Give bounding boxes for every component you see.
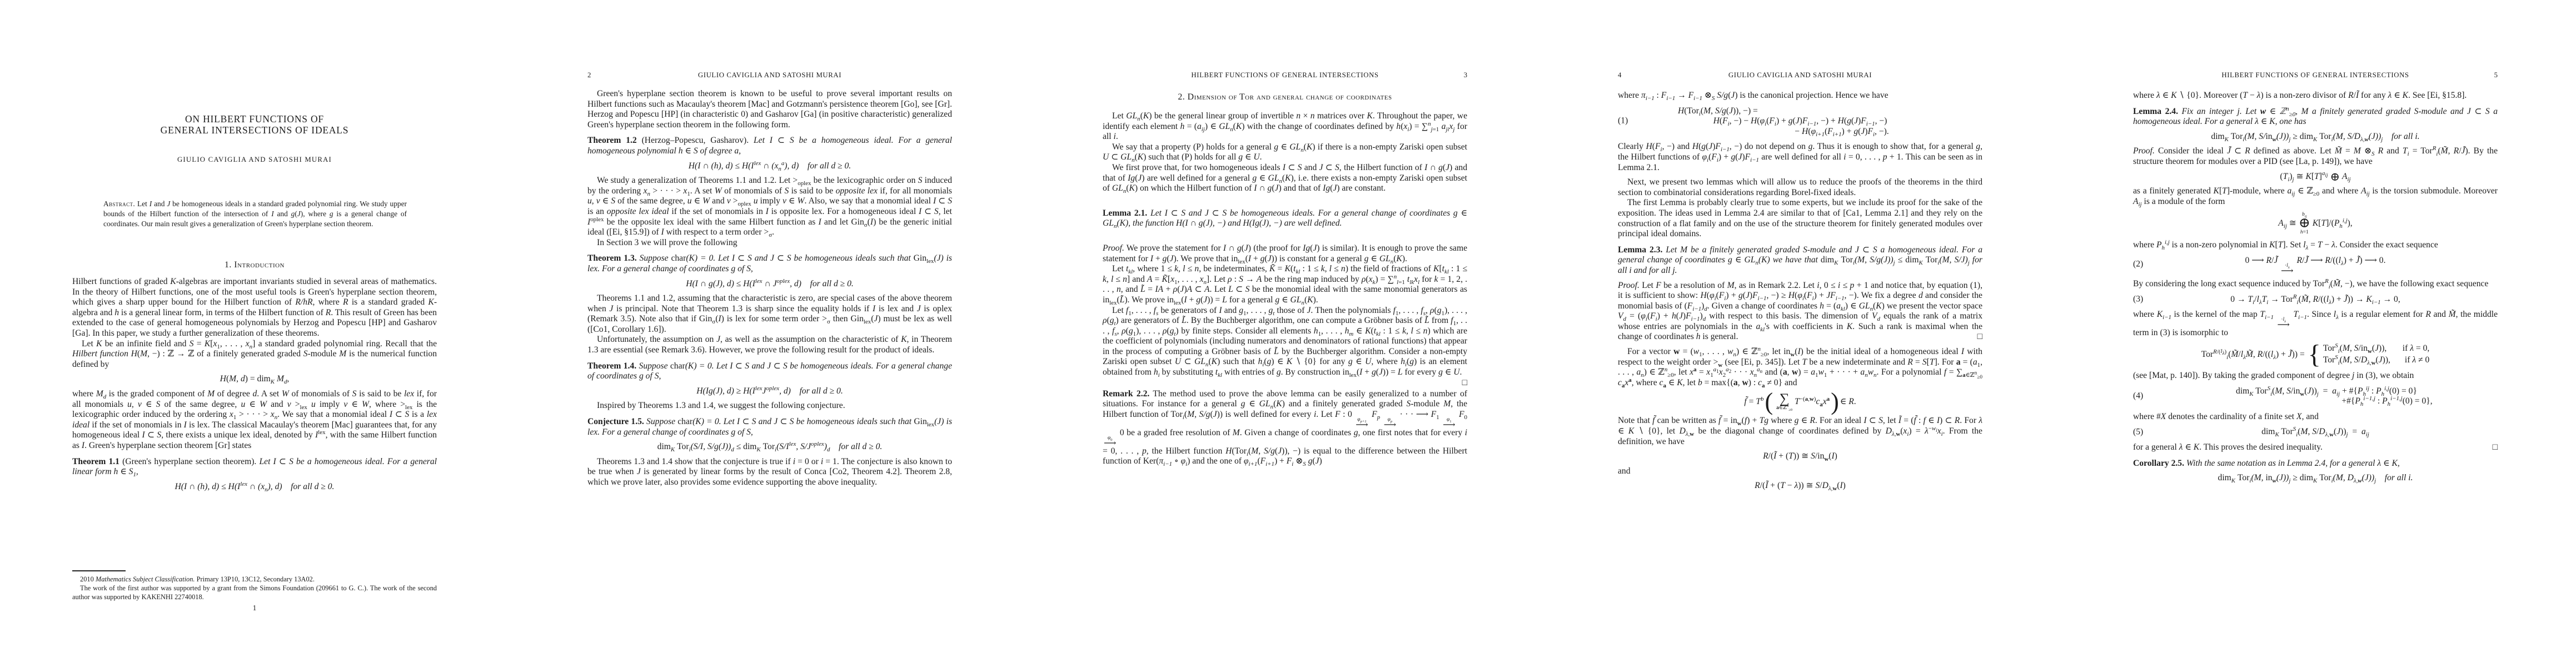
paragraph: By considering the long exact sequence i… — [2133, 279, 2498, 290]
paragraph: where Md is the graded component of M of… — [72, 389, 437, 451]
display-formula: dimK Tori(M, S/inw(J))j ≥ dimK Tori(M, S… — [2133, 132, 2498, 142]
equation-label: (2) — [2133, 260, 2143, 270]
corollary-2-5: Corollary 2.5. With the same notation as… — [2133, 459, 2498, 469]
header-page-number: 5 — [2494, 71, 2498, 79]
page-2-body: Green's hyperplane section theorem is kn… — [587, 89, 952, 488]
paragraph: where λ ∈ K ∖ {0}. Moreover (T − λ) is a… — [2133, 91, 2498, 101]
section-heading-dimension-of-tor: 2. Dimension of Tor and general change o… — [1103, 92, 1467, 102]
lemma-head: Lemma 2.4. — [2133, 107, 2178, 116]
cases-lhs: TorR/(lλ)i(M̃/lλM̃, R/((lλ) + J̃)) = — [2201, 350, 2305, 360]
equation-line: +#{Phi−1,j : Phi−1,j(0) = 0}, — [2133, 396, 2498, 407]
footnote-area: 2010 Mathematics Subject Classification.… — [72, 570, 437, 602]
lemma-head: Lemma 2.3. — [1618, 245, 1662, 255]
lemma-body: Let I ⊂ S and J ⊂ S be homogeneous ideal… — [1103, 208, 1467, 228]
sum-limits: a∈ℤn≥0 — [1776, 405, 1792, 411]
display-formula: R/(Ĩ + (T − λ)) ≅ S/Dλ,w(I) — [1618, 481, 1982, 491]
page-5: HILBERT FUNCTIONS OF GENERAL INTERSECTIO… — [2061, 0, 2576, 667]
display-formula: R/(Ĩ + (T)) ≅ S/inw(I) — [1618, 451, 1982, 462]
sum-lower-limit: h=1 — [2300, 230, 2309, 235]
page-2: 2 GIULIO CAVIGLIA AND SATOSHI MURAI Gree… — [515, 0, 1030, 667]
theorem-1-3: Theorem 1.3. Suppose char(K) = 0. Let I … — [587, 253, 952, 274]
conjecture-head: Conjecture 1.5. — [587, 417, 644, 426]
paper-title-line-2: GENERAL INTERSECTIONS OF IDEALS — [72, 125, 437, 136]
equation-label: (1) — [1618, 116, 1628, 127]
lemma-2-1: Lemma 2.1. Let I ⊂ S and J ⊂ S be homoge… — [1103, 208, 1467, 229]
abstract: Abstract. Let I and J be homogeneous ide… — [103, 199, 407, 230]
lemma-body: Fix an integer j. Let w ∈ ℤn≥0, M a fini… — [2133, 107, 2498, 127]
oplus-icon: ⊕ — [2299, 217, 2310, 230]
paragraph: We first prove that, for two homogeneous… — [1103, 163, 1467, 194]
page-1: ON HILBERT FUNCTIONS OF GENERAL INTERSEC… — [0, 0, 515, 667]
paragraph: where Ki−1 is the kernel of the map Ti−1… — [2133, 310, 2498, 339]
display-formula: H(Ig(J), d) ≥ H(IlexJoplex, d) for all d… — [587, 386, 952, 397]
equation-content: 0 → Ti/lλTi → TorRi(M̃, R/((lλ) + J̃)) →… — [2230, 295, 2400, 304]
display-formula-ftilde: f̃ = Tb ( ∑ a∈ℤn≥0 T−(a,w)caxa ) ∈ R. — [1618, 393, 1982, 411]
paragraph: Clearly H(Fi, −) and H(g(J)Fi−1, −) do n… — [1618, 142, 1982, 173]
equation-label: (4) — [2133, 391, 2143, 402]
direct-sum-operator: bij ⊕ h=1 — [2299, 212, 2310, 235]
theorem-1-4: Theorem 1.4. Suppose char(K) = 0. Let I … — [587, 361, 952, 382]
theorem-body: Suppose char(K) = 0. Let I ⊂ S and J ⊂ S… — [587, 361, 952, 381]
lemma-head: Lemma 2.1. — [1103, 208, 1147, 218]
paragraph: Let tkl, where 1 ≤ k, l ≤ n, be indeterm… — [1103, 264, 1467, 305]
footnote-rule — [72, 570, 126, 571]
running-header: HILBERT FUNCTIONS OF GENERAL INTERSECTIO… — [1103, 71, 1467, 81]
running-header: 2 GIULIO CAVIGLIA AND SATOSHI MURAI — [587, 71, 952, 81]
formula-post: ∈ R. — [1840, 397, 1856, 407]
section-heading-introduction: 1. Introduction — [72, 260, 437, 270]
sigma-icon: ∑ — [1780, 393, 1790, 405]
equation-line: H(Tori(M, S/g(J)), −) = — [1618, 106, 1982, 117]
paragraph: Theorems 1.3 and 1.4 show that the conje… — [587, 457, 952, 488]
paragraph: where πi−1 : Fi−1 → Fi−1 ⊗S S/g(J) is th… — [1618, 91, 1982, 101]
paragraph: where Phi,j is a non-zero polynomial in … — [2133, 240, 2498, 251]
case-1-condition: if λ = 0, — [2403, 344, 2430, 354]
theorem-1-2: Theorem 1.2 (Herzog–Popescu, Gasharov). … — [587, 136, 952, 156]
paragraph: Inspired by Theorems 1.3 and 1.4, we sug… — [587, 401, 952, 411]
formula-rhs: K[T]/(Phi,j), — [2313, 218, 2353, 229]
connector-word: and — [1618, 466, 1982, 477]
display-formula: H(I ∩ (h), d) ≤ H(Ilex ∩ (xna), d) for a… — [587, 161, 952, 172]
page-5-body: where λ ∈ K ∖ {0}. Moreover (T − λ) is a… — [2133, 91, 2498, 488]
conjecture-1-5: Conjecture 1.5. Suppose char(K) = 0. Let… — [587, 417, 952, 437]
display-formula: H(I ∩ (h), d) ≤ H(Ilex ∩ (xn), d) for al… — [72, 482, 437, 492]
paragraph: We say that a property (P) holds for a g… — [1103, 142, 1467, 163]
formula-pre: f̃ = Tb — [1744, 397, 1763, 407]
proof-paragraph: Proof. We prove the statement for I ∩ g(… — [1103, 243, 1467, 264]
theorem-head: Theorem 1.4. — [587, 361, 636, 371]
header-title: HILBERT FUNCTIONS OF GENERAL INTERSECTIO… — [2133, 71, 2498, 79]
equation-1: (1) H(Tori(M, S/g(J)), −) = H(Fi, −) − H… — [1618, 106, 1982, 137]
equation-2: (2) 0 ⟶ R/J̃ ·lλ⟶ R/J̃ ⟶ R/((lλ) + J̃) ⟶… — [2133, 256, 2498, 274]
paragraph: Unfortunately, the assumption on J, as w… — [587, 335, 952, 355]
equation-content: dimK TorSi(M, S/Dλ,w(J))j = aij — [2261, 427, 2369, 436]
display-formula: (Ti)j ≅ K[T]aij ⊕ Aij — [2133, 172, 2498, 182]
theorem-head: Theorem 1.3. — [587, 253, 637, 263]
proof-paragraph: Proof. Let F be a resolution of M, as in… — [1618, 281, 1982, 343]
paragraph: For a vector w = (w1, . . . , wn) ∈ ℤn≥0… — [1618, 347, 1982, 388]
corollary-head: Corollary 2.5. — [2133, 459, 2184, 468]
theorem-1-1: Theorem 1.1 (Green's hyperplane section … — [72, 457, 437, 477]
paragraph: Note that f̃ can be written as f̃ = inw(… — [1618, 416, 1982, 447]
header-title: HILBERT FUNCTIONS OF GENERAL INTERSECTIO… — [1103, 71, 1467, 79]
page-1-body: Hilbert functions of graded K-algebras a… — [72, 277, 437, 496]
case-2-value: TorSi(M, S/Dλ,w(J)), — [2323, 355, 2390, 366]
page-number: 1 — [72, 604, 437, 613]
case-2-condition: if λ ≠ 0 — [2405, 355, 2429, 366]
equation-line: H(Fi, −) − H(φi(Fi) + g(J)Fi−1, −) + H(g… — [1618, 116, 1982, 127]
paragraph: as a finitely generated K[T]-module, whe… — [2133, 186, 2498, 207]
equation-content: 0 ⟶ R/J̃ ·lλ⟶ R/J̃ ⟶ R/((lλ) + J̃) ⟶ 0. — [2245, 256, 2386, 265]
paragraph: Hilbert functions of graded K-algebras a… — [72, 277, 437, 339]
paragraph: where #X denotes the cardinality of a fi… — [2133, 412, 2498, 422]
page-3: HILBERT FUNCTIONS OF GENERAL INTERSECTIO… — [1030, 0, 1546, 667]
paragraph: We study a generalization of Theorems 1.… — [587, 176, 952, 238]
paragraph: Next, we present two lemmas which will a… — [1618, 177, 1982, 198]
header-title: GIULIO CAVIGLIA AND SATOSHI MURAI — [1618, 71, 1982, 79]
paragraph: Let f1, . . . , fs be generators of I an… — [1103, 306, 1467, 378]
running-header: 4 GIULIO CAVIGLIA AND SATOSHI MURAI — [1618, 71, 1982, 81]
paragraph: Let K be an infinite field and S = K[x1,… — [72, 339, 437, 370]
remark-body: The method used to prove the above lemma… — [1103, 389, 1467, 466]
display-formula: dimK Tori(M, inw(J))j ≥ dimK Tori(M, Dλ,… — [2133, 473, 2498, 484]
page-4: 4 GIULIO CAVIGLIA AND SATOSHI MURAI wher… — [1546, 0, 2061, 667]
formula-lhs: Aij ≅ — [2278, 218, 2296, 229]
paragraph: (see [Mat, p. 140]). By taking the grade… — [2133, 371, 2498, 381]
equation-3: (3) 0 → Ti/lλTi → TorRi(M̃, R/((lλ) + J̃… — [2133, 295, 2498, 305]
header-page-number: 3 — [1464, 71, 1467, 79]
corollary-body: With the same notation as in Lemma 2.4, … — [2186, 459, 2400, 468]
case-1-value: TorSi(M, S/inw(J)), — [2323, 344, 2387, 354]
equation-label: (3) — [2133, 295, 2143, 305]
sum-operator: ∑ a∈ℤn≥0 — [1776, 393, 1792, 411]
paragraph: for a general λ ∈ K. This proves the des… — [2133, 442, 2498, 453]
lemma-body: Let M be a finitely generated graded S-m… — [1618, 245, 1982, 275]
formula-body: T−(a,w)caxa — [1795, 397, 1830, 407]
footnote-msc: 2010 Mathematics Subject Classification.… — [72, 575, 437, 584]
paragraph: In Section 3 we will prove the following — [587, 238, 952, 248]
proof-paragraph: Proof. Consider the ideal J̃ ⊂ R defined… — [2133, 146, 2498, 167]
theorem-paren: (Herzog–Popescu, Gasharov). — [637, 136, 749, 145]
authors: GIULIO CAVIGLIA AND SATOSHI MURAI — [72, 156, 437, 164]
display-formula: H(M, d) = dimK Md, — [72, 374, 437, 385]
display-formula-Aij: Aij ≅ bij ⊕ h=1 K[T]/(Phi,j), — [2133, 212, 2498, 235]
equation-line: − H(φi+1(Fi+1) + g(J)Fi, −). — [1618, 127, 1982, 137]
lemma-2-3: Lemma 2.3. Let M be a finitely generated… — [1618, 245, 1982, 276]
equation-label: (5) — [2133, 427, 2143, 437]
lemma-2-4: Lemma 2.4. Fix an integer j. Let w ∈ ℤn≥… — [2133, 107, 2498, 127]
equation-4: (4) dimK TorSi(M, S/inw(J))j = aij + #{P… — [2133, 386, 2498, 407]
paragraph: Green's hyperplane section theorem is kn… — [587, 89, 952, 130]
display-formula: dimK Tori(S/I, S/g(J))d ≤ dimK Tori(S/Il… — [587, 442, 952, 452]
equation-5: (5) dimK TorSi(M, S/Dλ,w(J))j = aij — [2133, 427, 2498, 437]
page-4-body: where πi−1 : Fi−1 → Fi−1 ⊗S S/g(J) is th… — [1618, 91, 1982, 496]
paper-title-line-1: ON HILBERT FUNCTIONS OF — [72, 114, 437, 125]
equation-line: dimK TorSi(M, S/inw(J))j = aij + #{Phij … — [2133, 386, 2498, 397]
theorem-head: Theorem 1.2 — [587, 136, 637, 145]
theorem-body: Suppose char(K) = 0. Let I ⊂ S and J ⊂ S… — [587, 253, 952, 273]
paragraph: Let GLn(K) be the general linear group o… — [1103, 111, 1467, 142]
page-3-body: Let GLn(K) be the general linear group o… — [1103, 111, 1467, 471]
theorem-head: Theorem 1.1 — [72, 457, 119, 466]
paragraph: The first Lemma is probably clearly true… — [1618, 198, 1982, 239]
theorem-paren: (Green's hyperplane section theorem). — [119, 457, 256, 466]
header-title: GIULIO CAVIGLIA AND SATOSHI MURAI — [587, 71, 952, 79]
display-formula-cases: TorR/(lλ)i(M̃/lλM̃, R/((lλ) + J̃)) = { T… — [2133, 344, 2498, 366]
remark-2-2: Remark 2.2. The method used to prove the… — [1103, 389, 1467, 467]
display-formula: H(I ∩ g(J), d) ≤ H(Ilex ∩ Joplex, d) for… — [587, 279, 952, 290]
footnote-support: The work of the first author was support… — [72, 584, 437, 602]
paper-title: ON HILBERT FUNCTIONS OF GENERAL INTERSEC… — [72, 114, 437, 136]
remark-head: Remark 2.2. — [1103, 389, 1149, 399]
paragraph: Theorems 1.1 and 1.2, assuming that the … — [587, 293, 952, 335]
running-header: HILBERT FUNCTIONS OF GENERAL INTERSECTIO… — [2133, 71, 2498, 81]
